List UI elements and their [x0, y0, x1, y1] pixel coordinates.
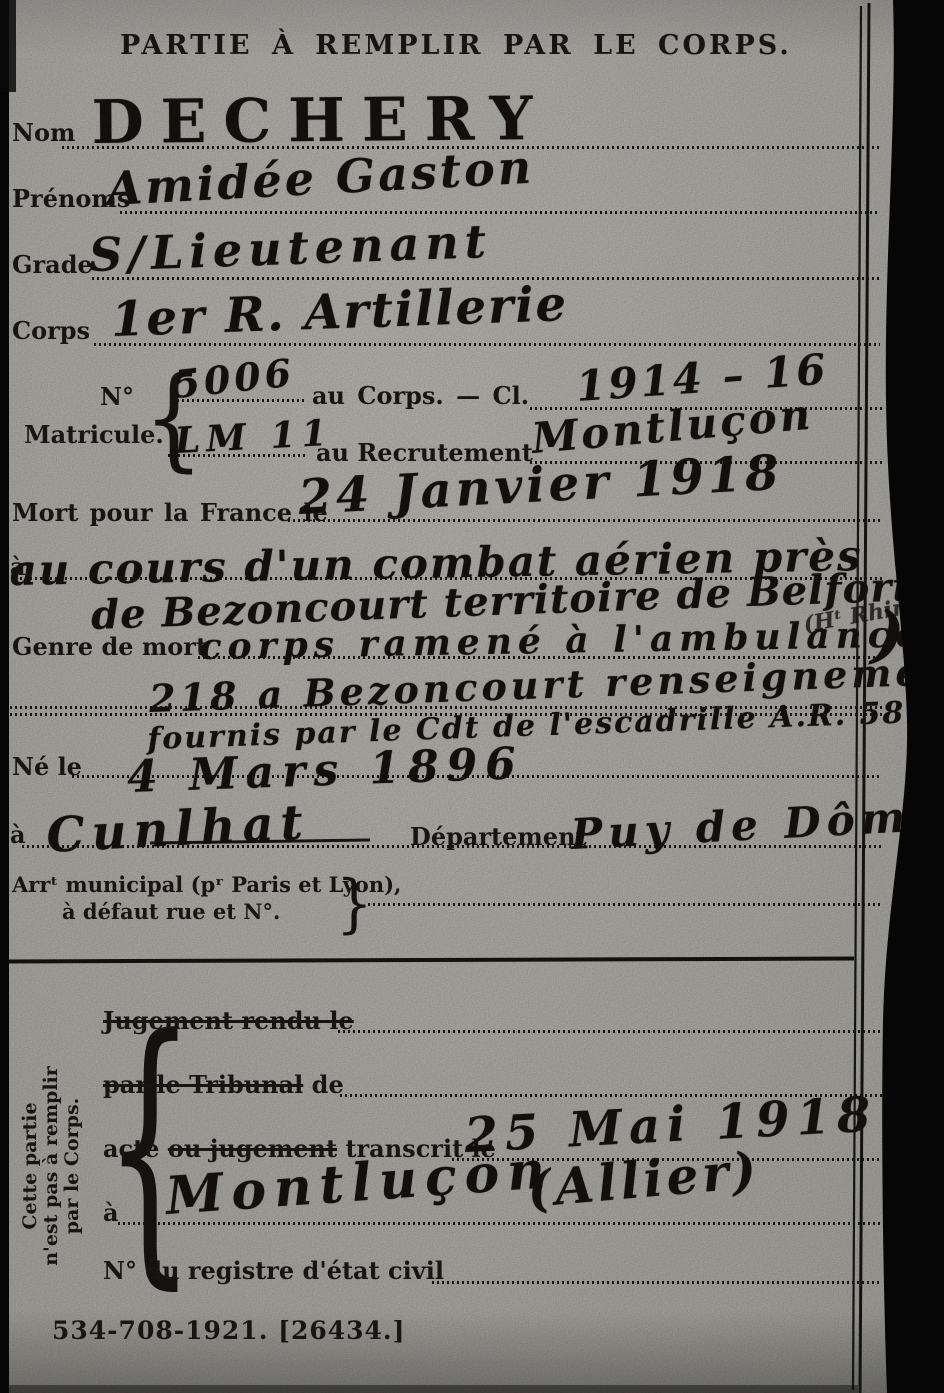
form-title: PARTIE À REMPLIR PAR LE CORPS.	[120, 30, 770, 61]
jugement-label-struck: Jugement rendu le	[103, 1006, 354, 1035]
document-scan: PARTIE À REMPLIR PAR LE CORPS. Nom DECHE…	[0, 0, 944, 1393]
arrondissement-dotted-line	[368, 903, 882, 906]
sidebar-note-line3: par le Corps.	[62, 1041, 83, 1291]
ne-a-label: à	[10, 820, 26, 849]
mort-label: Mort pour la France le	[12, 498, 328, 527]
ne-le-label: Né le	[12, 752, 82, 781]
corps-label: Corps	[12, 316, 90, 345]
matricule-no-label: N°	[100, 382, 134, 411]
etat-civil-lieu-label: à	[103, 1198, 119, 1227]
tribunal-label: par le Tribunal de	[103, 1070, 344, 1099]
registre-dotted-line	[432, 1281, 882, 1284]
jugement-dotted-line	[338, 1030, 882, 1033]
acte-label-pre: acte	[103, 1134, 160, 1163]
nom-label: Nom	[12, 118, 75, 147]
registre-label: N° du registre d'état civil	[103, 1256, 444, 1285]
arrondissement-brace: }	[336, 872, 373, 936]
grade-label: Grade	[12, 250, 93, 279]
prenoms-dotted-line	[120, 211, 880, 214]
au-corps-label: au Corps. — Cl.	[312, 381, 529, 410]
imprint-reference: 534-708-1921. [26434.]	[52, 1316, 405, 1345]
tribunal-label-rest: de	[312, 1070, 344, 1099]
arrondissement-label-line2: à défaut rue et N°.	[62, 899, 280, 924]
sidebar-note-line2: n'est pas à remplir	[41, 1041, 62, 1291]
sidebar-note: Cette partie n'est pas à remplir par le …	[20, 1041, 84, 1291]
matricule-recrutement-value: LM 11	[174, 412, 334, 462]
tribunal-label-struck: par le Tribunal	[103, 1070, 303, 1099]
departement-label: Département	[410, 822, 587, 851]
sidebar-note-line1: Cette partie	[20, 1041, 41, 1291]
jugement-label: Jugement rendu le	[103, 1006, 354, 1035]
